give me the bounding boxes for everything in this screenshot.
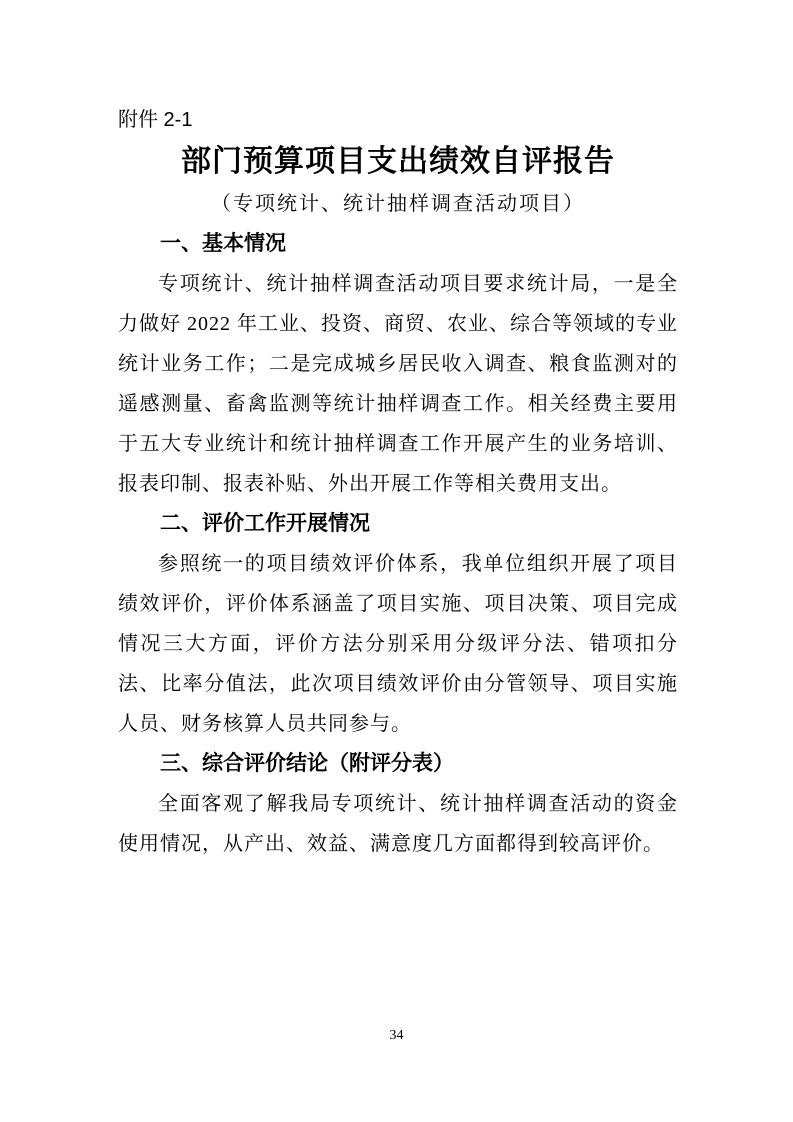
section-2-heading: 二、评价工作开展情况 <box>118 504 678 544</box>
section-3-heading: 三、综合评价结论（附评分表） <box>118 744 678 784</box>
section-comprehensive-conclusion: 三、综合评价结论（附评分表） 全面客观了解我局专项统计、统计抽样调查活动的资金使… <box>118 744 678 864</box>
document-content: 附件 2-1 部门预算项目支出绩效自评报告 （专项统计、统计抽样调查活动项目） … <box>0 0 793 864</box>
section-evaluation-work: 二、评价工作开展情况 参照统一的项目绩效评价体系，我单位组织开展了项目绩效评价，… <box>118 504 678 744</box>
section-2-paragraph: 参照统一的项目绩效评价体系，我单位组织开展了项目绩效评价，评价体系涵盖了项目实施… <box>118 544 678 744</box>
attachment-label: 附件 2-1 <box>118 100 678 140</box>
section-basic-situation: 一、基本情况 专项统计、统计抽样调查活动项目要求统计局，一是全力做好 2022 … <box>118 224 678 504</box>
report-title: 部门预算项目支出绩效自评报告 <box>118 140 678 184</box>
page-number: 34 <box>0 1028 793 1044</box>
section-3-paragraph: 全面客观了解我局专项统计、统计抽样调查活动的资金使用情况，从产出、效益、满意度几… <box>118 784 678 864</box>
report-subtitle: （专项统计、统计抽样调查活动项目） <box>118 184 678 224</box>
section-1-paragraph: 专项统计、统计抽样调查活动项目要求统计局，一是全力做好 2022 年工业、投资、… <box>118 264 678 504</box>
section-1-heading: 一、基本情况 <box>118 224 678 264</box>
document-page: 附件 2-1 部门预算项目支出绩效自评报告 （专项统计、统计抽样调查活动项目） … <box>0 0 793 1122</box>
